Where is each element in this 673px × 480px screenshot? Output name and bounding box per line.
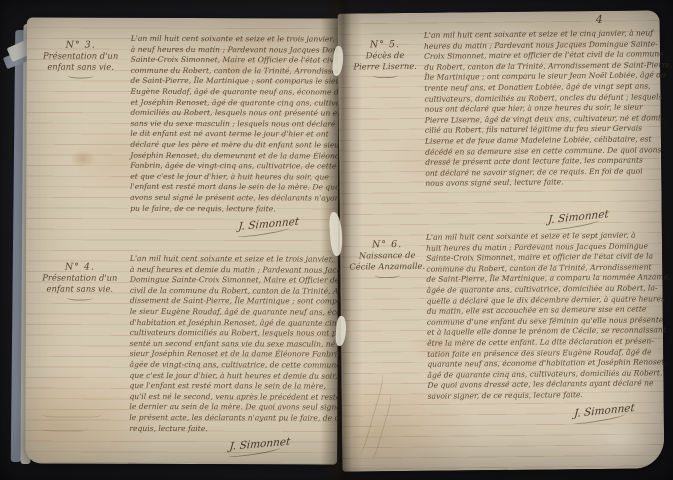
entry-5-margin-note: N° 5. Décès dePierre Liserne. [342, 39, 428, 79]
entry-3-margin-note: N° 3. Présentation d'unenfant sans vie. [33, 39, 129, 79]
register-scan: N° 3. Présentation d'unenfant sans vie. … [0, 0, 673, 480]
act-entry-5: N° 5. Décès dePierre Liserne. L'an mil h… [338, 28, 662, 231]
faint-marginal-scribble [41, 404, 103, 432]
handwritten-line: Fanbrin, âgée de vingt-cinq ans, cultiva… [130, 161, 334, 172]
handwritten-line: le dit enfant est né avant terme le jour… [130, 129, 334, 140]
handwritten-line: déclaré que les père et mère du dit enfa… [130, 140, 334, 151]
entry-5-number: N° 5. [342, 39, 428, 51]
left-page: N° 3. Présentation d'unenfant sans vie. … [25, 17, 339, 464]
entry-6-number: N° 6. [344, 239, 430, 251]
handwritten-line: de Saint-Pierre, Île Martinique ; sont c… [131, 76, 335, 87]
handwritten-line: domiciliés au Robert, lesquels nous ont … [130, 108, 334, 119]
handwritten-line: senté un second enfant sans vie du sexe … [130, 339, 334, 350]
entry-4-signature: J. Simonnet [229, 436, 291, 457]
handwritten-line: enfant sans vie. [32, 283, 128, 294]
handwritten-line: que l'enfant est resté mort dans le sein… [129, 381, 333, 392]
handwritten-line: Pierre Liserne. [342, 60, 428, 71]
handwritten-line: dissement de Saint-Pierre, Île Martiniqu… [130, 296, 334, 307]
handwritten-line: Domingue Sainte-Croix Simonnet, Maire et… [130, 275, 334, 286]
act-entry-4: N° 4. Présentation d'unenfant sans vie. … [25, 253, 338, 464]
handwritten-line: Présentation d'un [33, 50, 129, 61]
handwritten-line: Présentation d'un [32, 272, 128, 283]
handwritten-line: âgée de vingt-cinq ans, cultivatrice, de… [130, 360, 334, 371]
entry-3-margin-label: Présentation d'unenfant sans vie. [33, 50, 129, 72]
handwritten-line: le sieur Eugène Roudaf, âgé de quarante … [130, 307, 334, 318]
handwritten-line: requis, lecture faite. [129, 423, 333, 434]
handwritten-line: que c'est le jour d'hier, à huit heures … [130, 370, 334, 381]
handwritten-line: cultivateurs domiciliés au Robert, lesqu… [130, 328, 334, 339]
entry-6-margin-note: N° 6. Naissance deCécile Anzamalle. [344, 239, 430, 279]
handwritten-line: qu'il est né le second, venu après le pr… [129, 392, 333, 403]
entry-5-body-text: L'an mil huit cent soixante et seize et … [424, 28, 654, 189]
margin-underline-flourish [68, 73, 94, 79]
handwritten-line: L'an mil huit cent soixante et seize et … [130, 254, 334, 265]
handwritten-line: avons seul signé le présent acte, les dé… [130, 193, 334, 204]
entry-5-margin-label: Décès dePierre Liserne. [342, 50, 428, 72]
handwritten-line: l'enfant est resté mort dans le sein de … [130, 182, 334, 193]
handwritten-line: d'habitation et Joséphin Renoset, âgé de… [130, 317, 334, 328]
entry-3-signature: J. Simonnet [237, 216, 299, 237]
handwritten-line: et Joséphin Renoset, âgé de quarante cin… [130, 97, 334, 108]
handwritten-line: savoir signer, de ce requis, lecture fai… [428, 389, 656, 402]
page-number: 4 [596, 13, 603, 26]
entry-3-body-text: L'an mil huit cent soixante et seize et … [130, 34, 335, 215]
handwritten-line: pu le faire, de ce requis, lecture faite… [130, 203, 334, 214]
margin-underline-flourish [374, 272, 400, 278]
handwritten-line: à neuf heures et demie du matin ; Pardev… [130, 264, 334, 275]
entry-4-margin-note: N° 4. Présentation d'unenfant sans vie. [32, 261, 128, 301]
scribble-line [41, 411, 103, 418]
handwritten-line: Joséphin Renoset, du demeurant et de la … [130, 150, 334, 161]
margin-underline-flourish [67, 295, 93, 301]
entry-4-number: N° 4. [32, 261, 128, 272]
entry-4-body-text: L'an mil huit cent soixante et seize et … [129, 254, 334, 435]
entry-6-signature: J. Simonnet [573, 402, 635, 424]
handwritten-line: le dernier au sein de la mère. De quoi a… [129, 402, 333, 413]
handwritten-line: et que c'est le jour d'hier, à huit heur… [130, 172, 334, 183]
entry-4-margin-label: Présentation d'unenfant sans vie. [32, 272, 128, 294]
handwritten-line: Eugène Roudaf, âgé de quarante neuf ans,… [131, 87, 335, 98]
handwritten-line: commune du Robert, canton de la Trinité,… [131, 66, 335, 77]
handwritten-line: Sainte-Croix Simonnet, Maire et Officier… [131, 55, 335, 66]
entry-5-signature: J. Simonnet [547, 208, 609, 230]
handwritten-line: nous avons signé seul, lecture faite. [425, 177, 653, 190]
handwritten-line: Cécile Anzamalle. [344, 260, 430, 271]
handwritten-line: le présent acte, les déclarants n'ayant … [129, 413, 333, 424]
handwritten-line: sans vie du sexe masculin ; lesquels nou… [130, 119, 334, 130]
handwritten-line: L'an mil huit cent soixante et seize et … [131, 34, 335, 45]
handwritten-line: sieur Joséphin Renoset et de la dame Élé… [130, 349, 334, 360]
scribble-line [41, 425, 89, 432]
handwritten-line: civil de la commune du Robert, canton de… [130, 286, 334, 297]
handwritten-line: enfant sans vie. [33, 61, 129, 72]
margin-underline-flourish [372, 72, 398, 78]
entry-6-body-text: L'an mil huit cent soixante et seize et … [426, 230, 656, 402]
entry-6-margin-label: Naissance deCécile Anzamalle. [344, 250, 430, 272]
handwritten-line: à neuf heures du matin ; Pardevant nous … [131, 44, 335, 55]
entry-3-number: N° 3. [33, 39, 129, 50]
act-entry-3: N° 3. Présentation d'unenfant sans vie. … [26, 33, 339, 244]
